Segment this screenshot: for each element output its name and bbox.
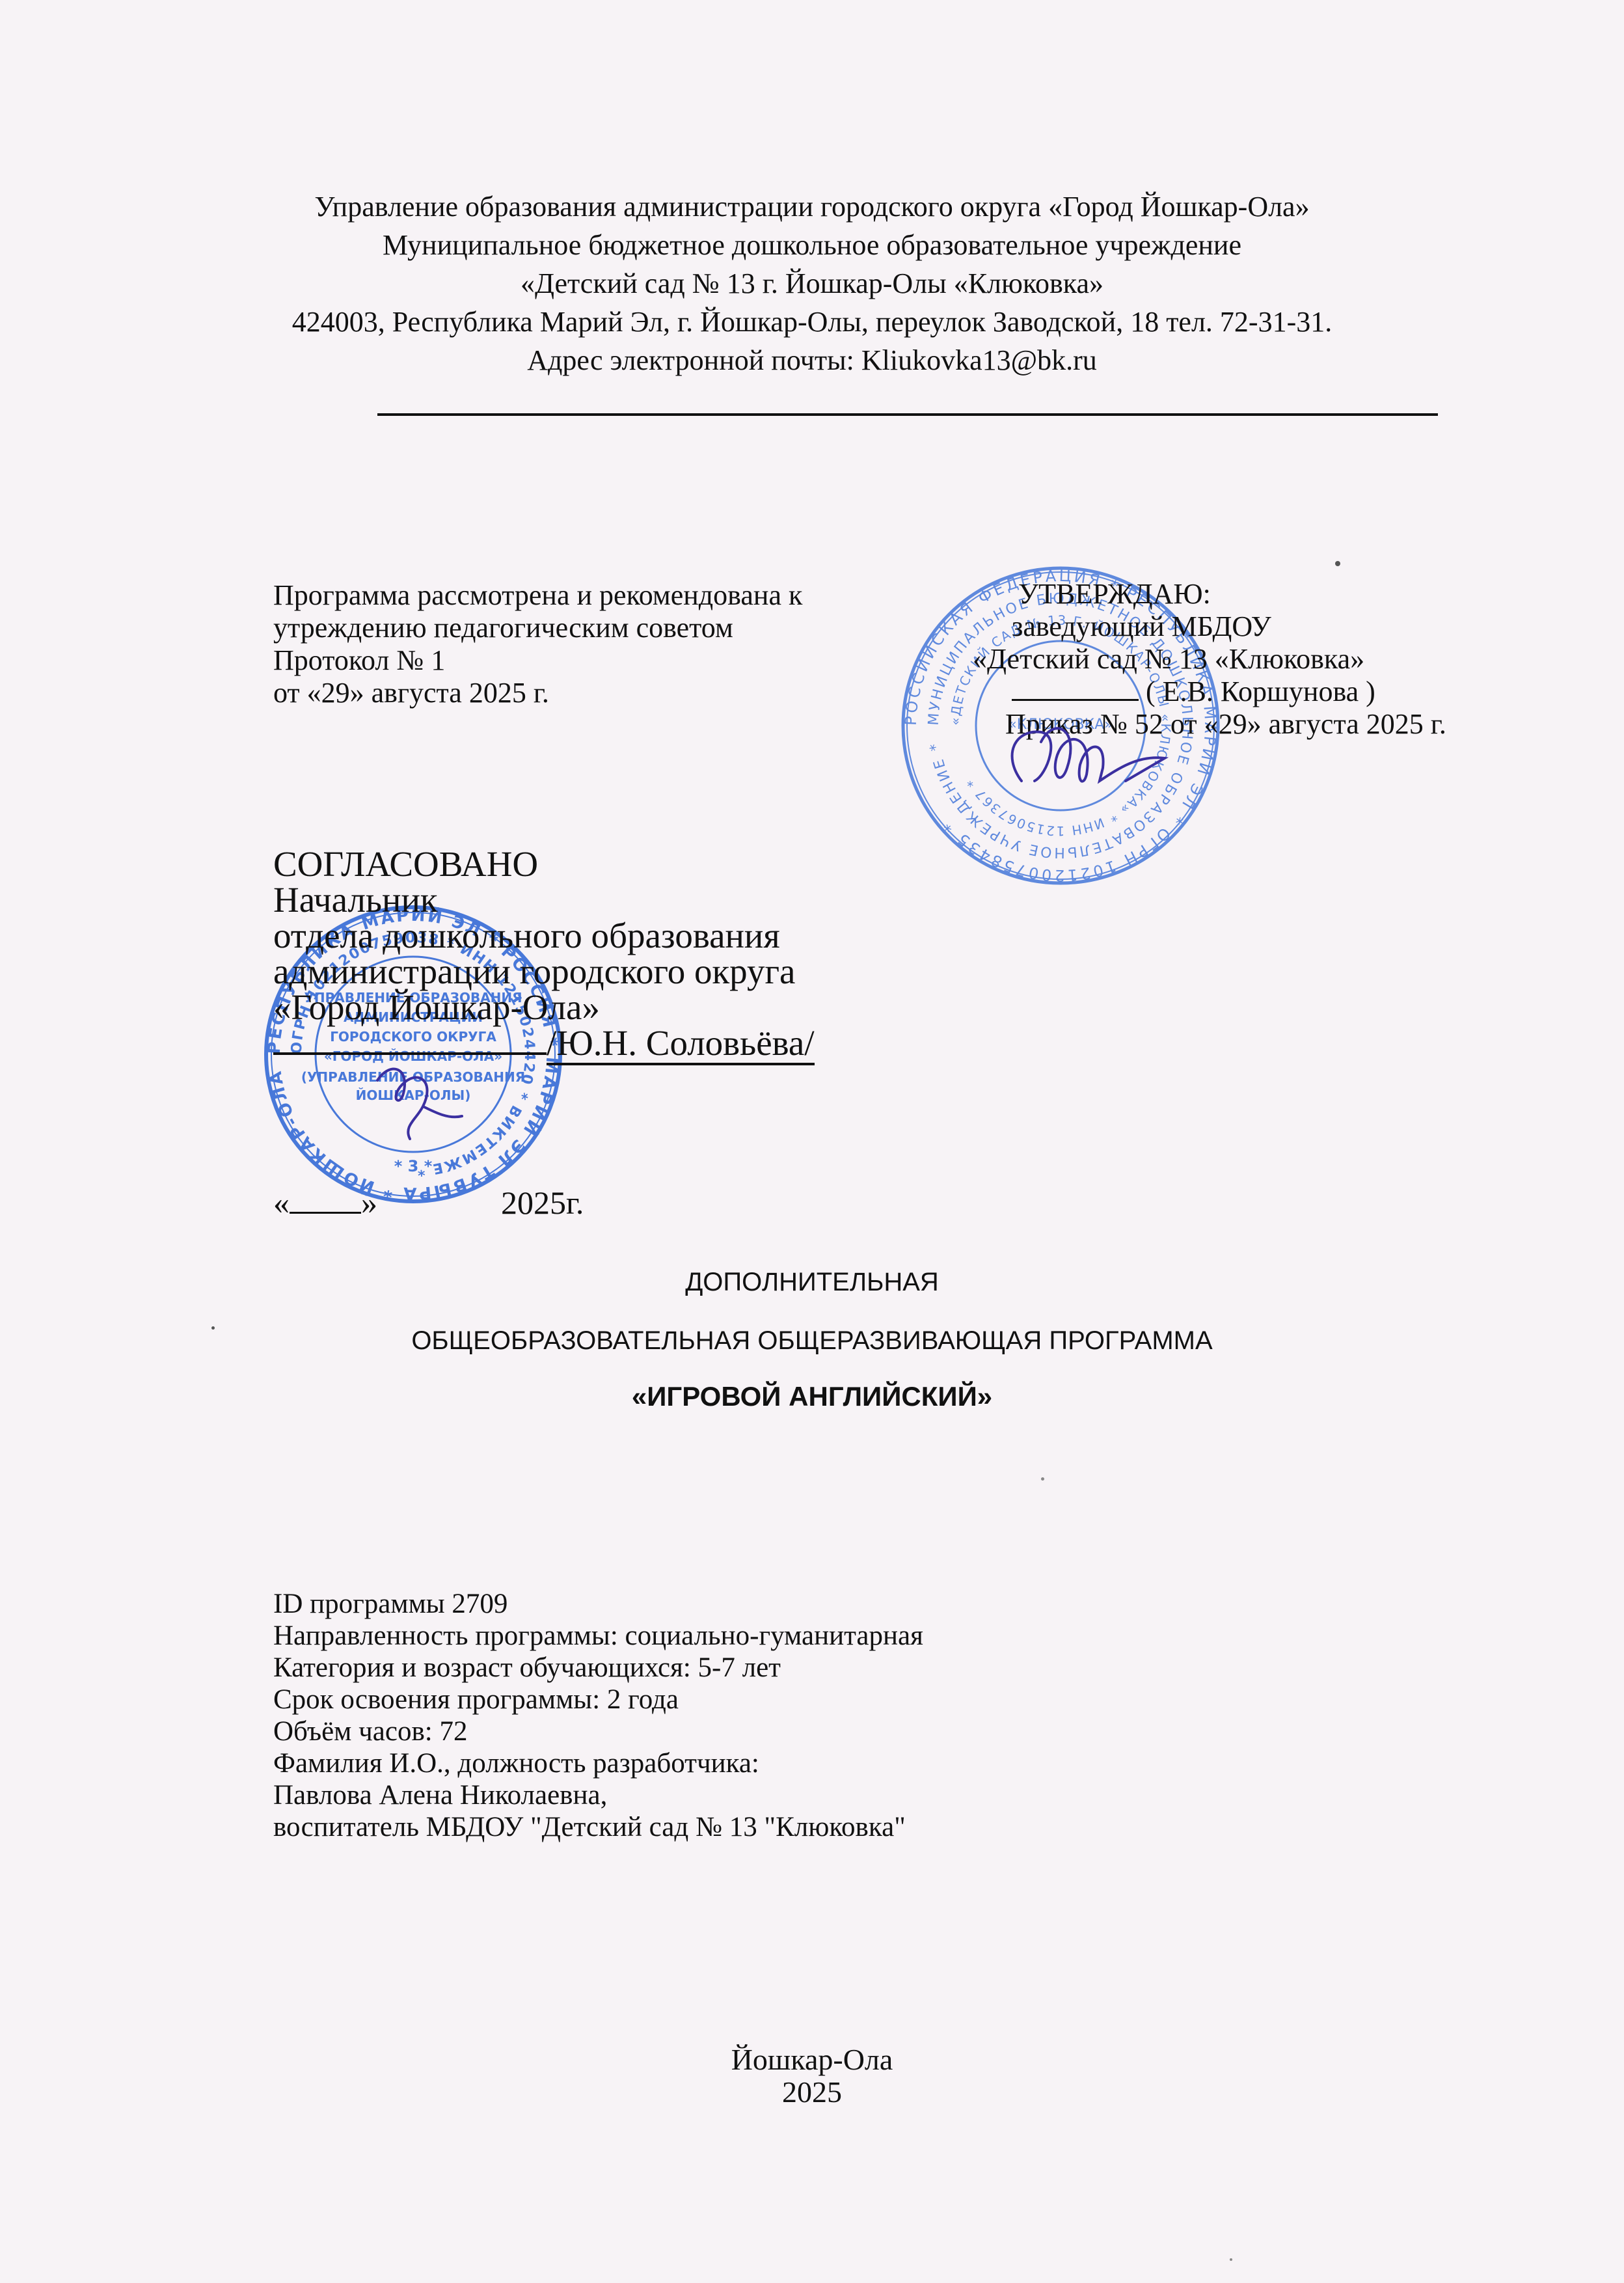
agreement-line: отдела дошкольного образования: [273, 918, 815, 953]
program-name: «ИГРОВОЙ АНГЛИЙСКИЙ»: [0, 1381, 1624, 1412]
svg-text:* 3 *: * 3 *: [394, 1157, 433, 1175]
program-title-line1: ДОПОЛНИТЕЛЬНАЯ: [0, 1268, 1624, 1297]
approval-heading: УТВЕРЖДАЮ:: [1012, 578, 1446, 610]
header-email-line: Адрес электронной почты: Kliukovka13@bk.…: [0, 341, 1624, 379]
program-age: Категория и возраст обучающихся: 5-7 лет: [273, 1652, 923, 1684]
council-line: утреждению педагогическим советом: [273, 612, 802, 644]
approval-block: УТВЕРЖДАЮ: заведующий МБДОУ «Детский сад…: [1012, 578, 1446, 741]
footer-year: 2025: [0, 2076, 1624, 2109]
program-title-line2: ОБЩЕОБРАЗОВАТЕЛЬНАЯ ОБЩЕРАЗВИВАЮЩАЯ ПРОГ…: [0, 1326, 1624, 1356]
date-close-quote: »: [361, 1184, 377, 1221]
scan-speck: [1230, 2258, 1232, 2261]
agreement-line: «Город Йошкар-Ола»: [273, 989, 815, 1025]
footer-city: Йошкар-Ола: [0, 2044, 1624, 2076]
protocol-number: Протокол № 1: [273, 644, 802, 677]
agreement-signature-row: /Ю.Н. Соловьёва/: [273, 1025, 815, 1061]
program-hours: Объём часов: 72: [273, 1716, 923, 1747]
signature-line: [273, 1047, 547, 1055]
program-info: ID программы 2709 Направленность програм…: [273, 1588, 923, 1843]
agreement-date: «» 2025г.: [273, 1184, 584, 1221]
developer-name: Павлова Алена Николаевна,: [273, 1779, 923, 1811]
scan-speck: [211, 1326, 215, 1330]
header-line: «Детский сад № 13 г. Йошкар-Олы «Клюковк…: [0, 264, 1624, 303]
scan-speck: [1041, 1477, 1044, 1481]
council-line: Программа рассмотрена и рекомендована к: [273, 579, 802, 612]
date-blank: [290, 1190, 361, 1214]
approver-name: ( Е.В. Коршунова ): [1146, 676, 1375, 707]
header-line: 424003, Республика Марий Эл, г. Йошкар-О…: [0, 303, 1624, 341]
agreement-line: Начальник: [273, 882, 815, 918]
agreement-heading: СОГЛАСОВАНО: [273, 846, 815, 882]
scan-speck: [1335, 561, 1340, 566]
agreement-line: администрации городского округа: [273, 953, 815, 989]
developer-position: воспитатель МБДОУ "Детский сад № 13 "Клю…: [273, 1811, 923, 1843]
agreement-signatory: /Ю.Н. Соловьёва/: [547, 1023, 815, 1065]
protocol-date: от «29» августа 2025 г.: [273, 677, 802, 709]
approver-organization: «Детский сад № 13 «Клюковка»: [973, 643, 1446, 676]
date-year: 2025г.: [501, 1184, 584, 1221]
order-reference: Приказ № 52 от «29» августа 2025 г.: [1005, 708, 1446, 741]
council-recommendation-block: Программа рассмотрена и рекомендована к …: [273, 579, 802, 709]
program-focus: Направленность программы: социально-гума…: [273, 1620, 923, 1652]
program-duration: Срок освоения программы: 2 года: [273, 1684, 923, 1716]
program-id: ID программы 2709: [273, 1588, 923, 1620]
footer: Йошкар-Ола 2025: [0, 2044, 1624, 2109]
svg-text:ЙОШКАР-ОЛЫ): ЙОШКАР-ОЛЫ): [356, 1087, 471, 1103]
header-line: Муниципальное бюджетное дошкольное образ…: [0, 226, 1624, 264]
svg-text:(УПРАВЛЕНИЕ ОБРАЗОВАНИЯ: (УПРАВЛЕНИЕ ОБРАЗОВАНИЯ: [301, 1069, 525, 1085]
header-divider: [377, 413, 1438, 416]
department-signature-icon: [364, 1054, 468, 1145]
signature-line: [1012, 678, 1139, 701]
header-line: Управление образования администрации гор…: [0, 187, 1624, 226]
developer-label: Фамилия И.О., должность разработчика:: [273, 1747, 923, 1779]
date-open-quote: «: [273, 1184, 290, 1221]
approver-position: заведующий МБДОУ: [1012, 610, 1446, 643]
institution-header: Управление образования администрации гор…: [0, 187, 1624, 379]
agreement-block: СОГЛАСОВАНО Начальник отдела дошкольного…: [273, 846, 815, 1061]
